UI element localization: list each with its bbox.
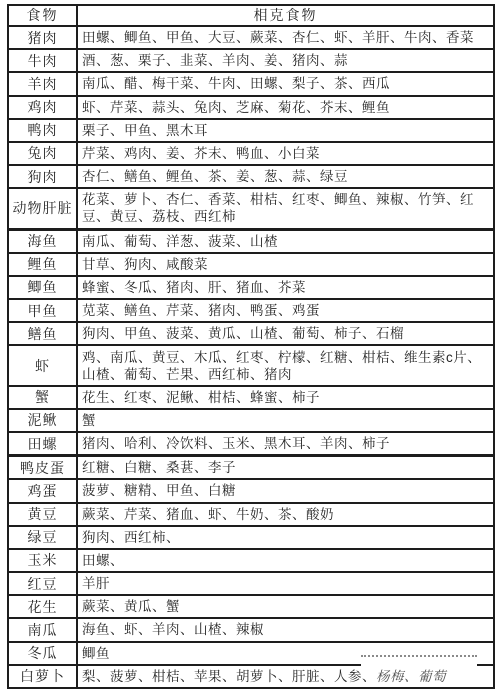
food-name-cell: 红豆 <box>8 572 77 595</box>
food-name-cell: 牛肉 <box>8 49 77 72</box>
handwritten-items: 杨梅、葡萄 <box>376 669 446 684</box>
table-row: 虾鸡、南瓜、黄豆、木瓜、红枣、柠檬、红糖、柑桔、维生素c片、山楂、葡萄、芒果、西… <box>8 345 494 385</box>
incompatible-foods-cell: 红糖、白糖、桑葚、李子 <box>77 456 494 480</box>
table-row: 红豆羊肝 <box>8 572 494 595</box>
incompatible-foods-cell: 猪肉、哈利、冷饮料、玉米、黑木耳、羊肉、柿子 <box>77 432 494 456</box>
table-row: 海鱼南瓜、葡萄、洋葱、菠菜、山楂 <box>8 229 494 253</box>
incompatible-foods-cell: 苋菜、鳝鱼、芹菜、猪肉、鸭蛋、鸡蛋 <box>77 299 494 322</box>
incompatible-foods-cell: 芹菜、鸡肉、姜、芥末、鸭血、小白菜 <box>77 142 494 165</box>
food-name-cell: 虾 <box>8 345 77 385</box>
incompatible-foods-cell: 南瓜、醋、梅干菜、牛肉、田螺、梨子、茶、西瓜 <box>77 72 494 95</box>
food-name-cell: 冬瓜 <box>8 642 77 665</box>
incompatible-foods-cell: 甘草、狗肉、咸酸菜 <box>77 253 494 276</box>
incompatible-foods-cell: 羊肝 <box>77 572 494 595</box>
incompatible-foods-cell: 南瓜、葡萄、洋葱、菠菜、山楂 <box>77 229 494 253</box>
incompatible-foods-cell: 狗肉、西红柿、 <box>77 526 494 549</box>
table-row: 黄豆蕨菜、芹菜、猪血、虾、牛奶、茶、酸奶 <box>8 503 494 526</box>
table-row: 甲鱼苋菜、鳝鱼、芹菜、猪肉、鸭蛋、鸡蛋 <box>8 299 494 322</box>
incompatible-foods-cell: 栗子、甲鱼、黑木耳 <box>77 119 494 142</box>
table-row: 南瓜海鱼、虾、羊肉、山楂、辣椒 <box>8 618 494 641</box>
food-name-cell: 田螺 <box>8 432 77 456</box>
food-name-cell: 泥鳅 <box>8 409 77 432</box>
food-table-body: 猪肉田螺、鲫鱼、甲鱼、大豆、蕨菜、杏仁、虾、羊肝、牛肉、香菜牛肉酒、葱、栗子、韭… <box>8 26 494 688</box>
table-row: 鸡蛋菠萝、糖精、甲鱼、白糖 <box>8 479 494 502</box>
table-row: 田螺猪肉、哈利、冷饮料、玉米、黑木耳、羊肉、柿子 <box>8 432 494 456</box>
incompatible-foods-table: 食物 相克食物 猪肉田螺、鲫鱼、甲鱼、大豆、蕨菜、杏仁、虾、羊肝、牛肉、香菜牛肉… <box>7 4 495 689</box>
table-row: 蟹花生、红枣、泥鳅、柑桔、蜂蜜、柿子 <box>8 386 494 409</box>
food-name-cell: 鲤鱼 <box>8 253 77 276</box>
table-row: 鸭肉栗子、甲鱼、黑木耳 <box>8 119 494 142</box>
table-row: 鸭皮蛋红糖、白糖、桑葚、李子 <box>8 456 494 480</box>
food-name-cell: 海鱼 <box>8 229 77 253</box>
table-row: 泥鳅蟹 <box>8 409 494 432</box>
food-name-cell: 玉米 <box>8 549 77 572</box>
food-name-cell: 动物肝脏 <box>8 188 77 229</box>
food-name-cell: 绿豆 <box>8 526 77 549</box>
table-row: 玉米田螺、 <box>8 549 494 572</box>
watermark-overlay <box>361 655 477 669</box>
incompatible-foods-cell: 蜂蜜、冬瓜、猪肉、肝、猪血、芥菜 <box>77 276 494 299</box>
table-row: 鲤鱼甘草、狗肉、咸酸菜 <box>8 253 494 276</box>
table-row: 绿豆狗肉、西红柿、 <box>8 526 494 549</box>
table-row: 鸡肉虾、芹菜、蒜头、兔肉、芝麻、菊花、芥末、鲤鱼 <box>8 96 494 119</box>
page: 食物 相克食物 猪肉田螺、鲫鱼、甲鱼、大豆、蕨菜、杏仁、虾、羊肝、牛肉、香菜牛肉… <box>0 0 500 691</box>
table-row: 鲫鱼蜂蜜、冬瓜、猪肉、肝、猪血、芥菜 <box>8 276 494 299</box>
incompatible-foods-cell: 花生、红枣、泥鳅、柑桔、蜂蜜、柿子 <box>77 386 494 409</box>
incompatible-foods-cell: 蕨菜、黄瓜、蟹 <box>77 595 494 618</box>
food-name-cell: 白萝卜 <box>8 665 77 688</box>
incompatible-foods-cell: 酒、葱、栗子、韭菜、羊肉、姜、猪肉、蒜 <box>77 49 494 72</box>
incompatible-foods-cell: 鸡、南瓜、黄豆、木瓜、红枣、柠檬、红糖、柑桔、维生素c片、山楂、葡萄、芒果、西红… <box>77 345 494 385</box>
incompatible-foods-cell: 花菜、萝卜、杏仁、香菜、柑桔、红枣、鲫鱼、辣椒、竹笋、红豆、黄豆、荔枝、西红柿 <box>77 188 494 229</box>
food-name-cell: 蟹 <box>8 386 77 409</box>
incompatible-foods-cell: 狗肉、甲鱼、菠菜、黄瓜、山楂、葡萄、柿子、石榴 <box>77 322 494 345</box>
incompatible-foods-cell: 田螺、 <box>77 549 494 572</box>
table-row: 猪肉田螺、鲫鱼、甲鱼、大豆、蕨菜、杏仁、虾、羊肝、牛肉、香菜 <box>8 26 494 49</box>
header-food: 食物 <box>8 5 77 26</box>
header-incompatible-foods: 相克食物 <box>77 5 494 26</box>
table-row: 狗肉杏仁、鳝鱼、鲤鱼、茶、姜、葱、蒜、绿豆 <box>8 165 494 188</box>
food-name-cell: 鸭皮蛋 <box>8 456 77 480</box>
food-name-cell: 猪肉 <box>8 26 77 49</box>
food-name-cell: 鸭肉 <box>8 119 77 142</box>
incompatible-foods-cell: 蟹 <box>77 409 494 432</box>
food-name-cell: 花生 <box>8 595 77 618</box>
incompatible-foods-cell: 田螺、鲫鱼、甲鱼、大豆、蕨菜、杏仁、虾、羊肝、牛肉、香菜 <box>77 26 494 49</box>
table-header: 食物 相克食物 <box>8 5 494 26</box>
food-name-cell: 兔肉 <box>8 142 77 165</box>
incompatible-foods-cell: 杏仁、鳝鱼、鲤鱼、茶、姜、葱、蒜、绿豆 <box>77 165 494 188</box>
incompatible-foods-cell: 虾、芹菜、蒜头、兔肉、芝麻、菊花、芥末、鲤鱼 <box>77 96 494 119</box>
table-row: 鳝鱼狗肉、甲鱼、菠菜、黄瓜、山楂、葡萄、柿子、石榴 <box>8 322 494 345</box>
incompatible-foods-cell: 菠萝、糖精、甲鱼、白糖 <box>77 479 494 502</box>
table-row: 花生蕨菜、黄瓜、蟹 <box>8 595 494 618</box>
food-name-cell: 南瓜 <box>8 618 77 641</box>
food-name-cell: 鸡蛋 <box>8 479 77 502</box>
table-row: 牛肉酒、葱、栗子、韭菜、羊肉、姜、猪肉、蒜 <box>8 49 494 72</box>
table-row: 动物肝脏花菜、萝卜、杏仁、香菜、柑桔、红枣、鲫鱼、辣椒、竹笋、红豆、黄豆、荔枝、… <box>8 188 494 229</box>
incompatible-foods-cell: 海鱼、虾、羊肉、山楂、辣椒 <box>77 618 494 641</box>
food-name-cell: 鲫鱼 <box>8 276 77 299</box>
food-name-cell: 鳝鱼 <box>8 322 77 345</box>
food-name-cell: 鸡肉 <box>8 96 77 119</box>
food-name-cell: 甲鱼 <box>8 299 77 322</box>
table-row: 兔肉芹菜、鸡肉、姜、芥末、鸭血、小白菜 <box>8 142 494 165</box>
incompatible-foods-cell: 蕨菜、芹菜、猪血、虾、牛奶、茶、酸奶 <box>77 503 494 526</box>
food-name-cell: 黄豆 <box>8 503 77 526</box>
table-row: 羊肉南瓜、醋、梅干菜、牛肉、田螺、梨子、茶、西瓜 <box>8 72 494 95</box>
header-row: 食物 相克食物 <box>8 5 494 26</box>
food-name-cell: 狗肉 <box>8 165 77 188</box>
food-name-cell: 羊肉 <box>8 72 77 95</box>
